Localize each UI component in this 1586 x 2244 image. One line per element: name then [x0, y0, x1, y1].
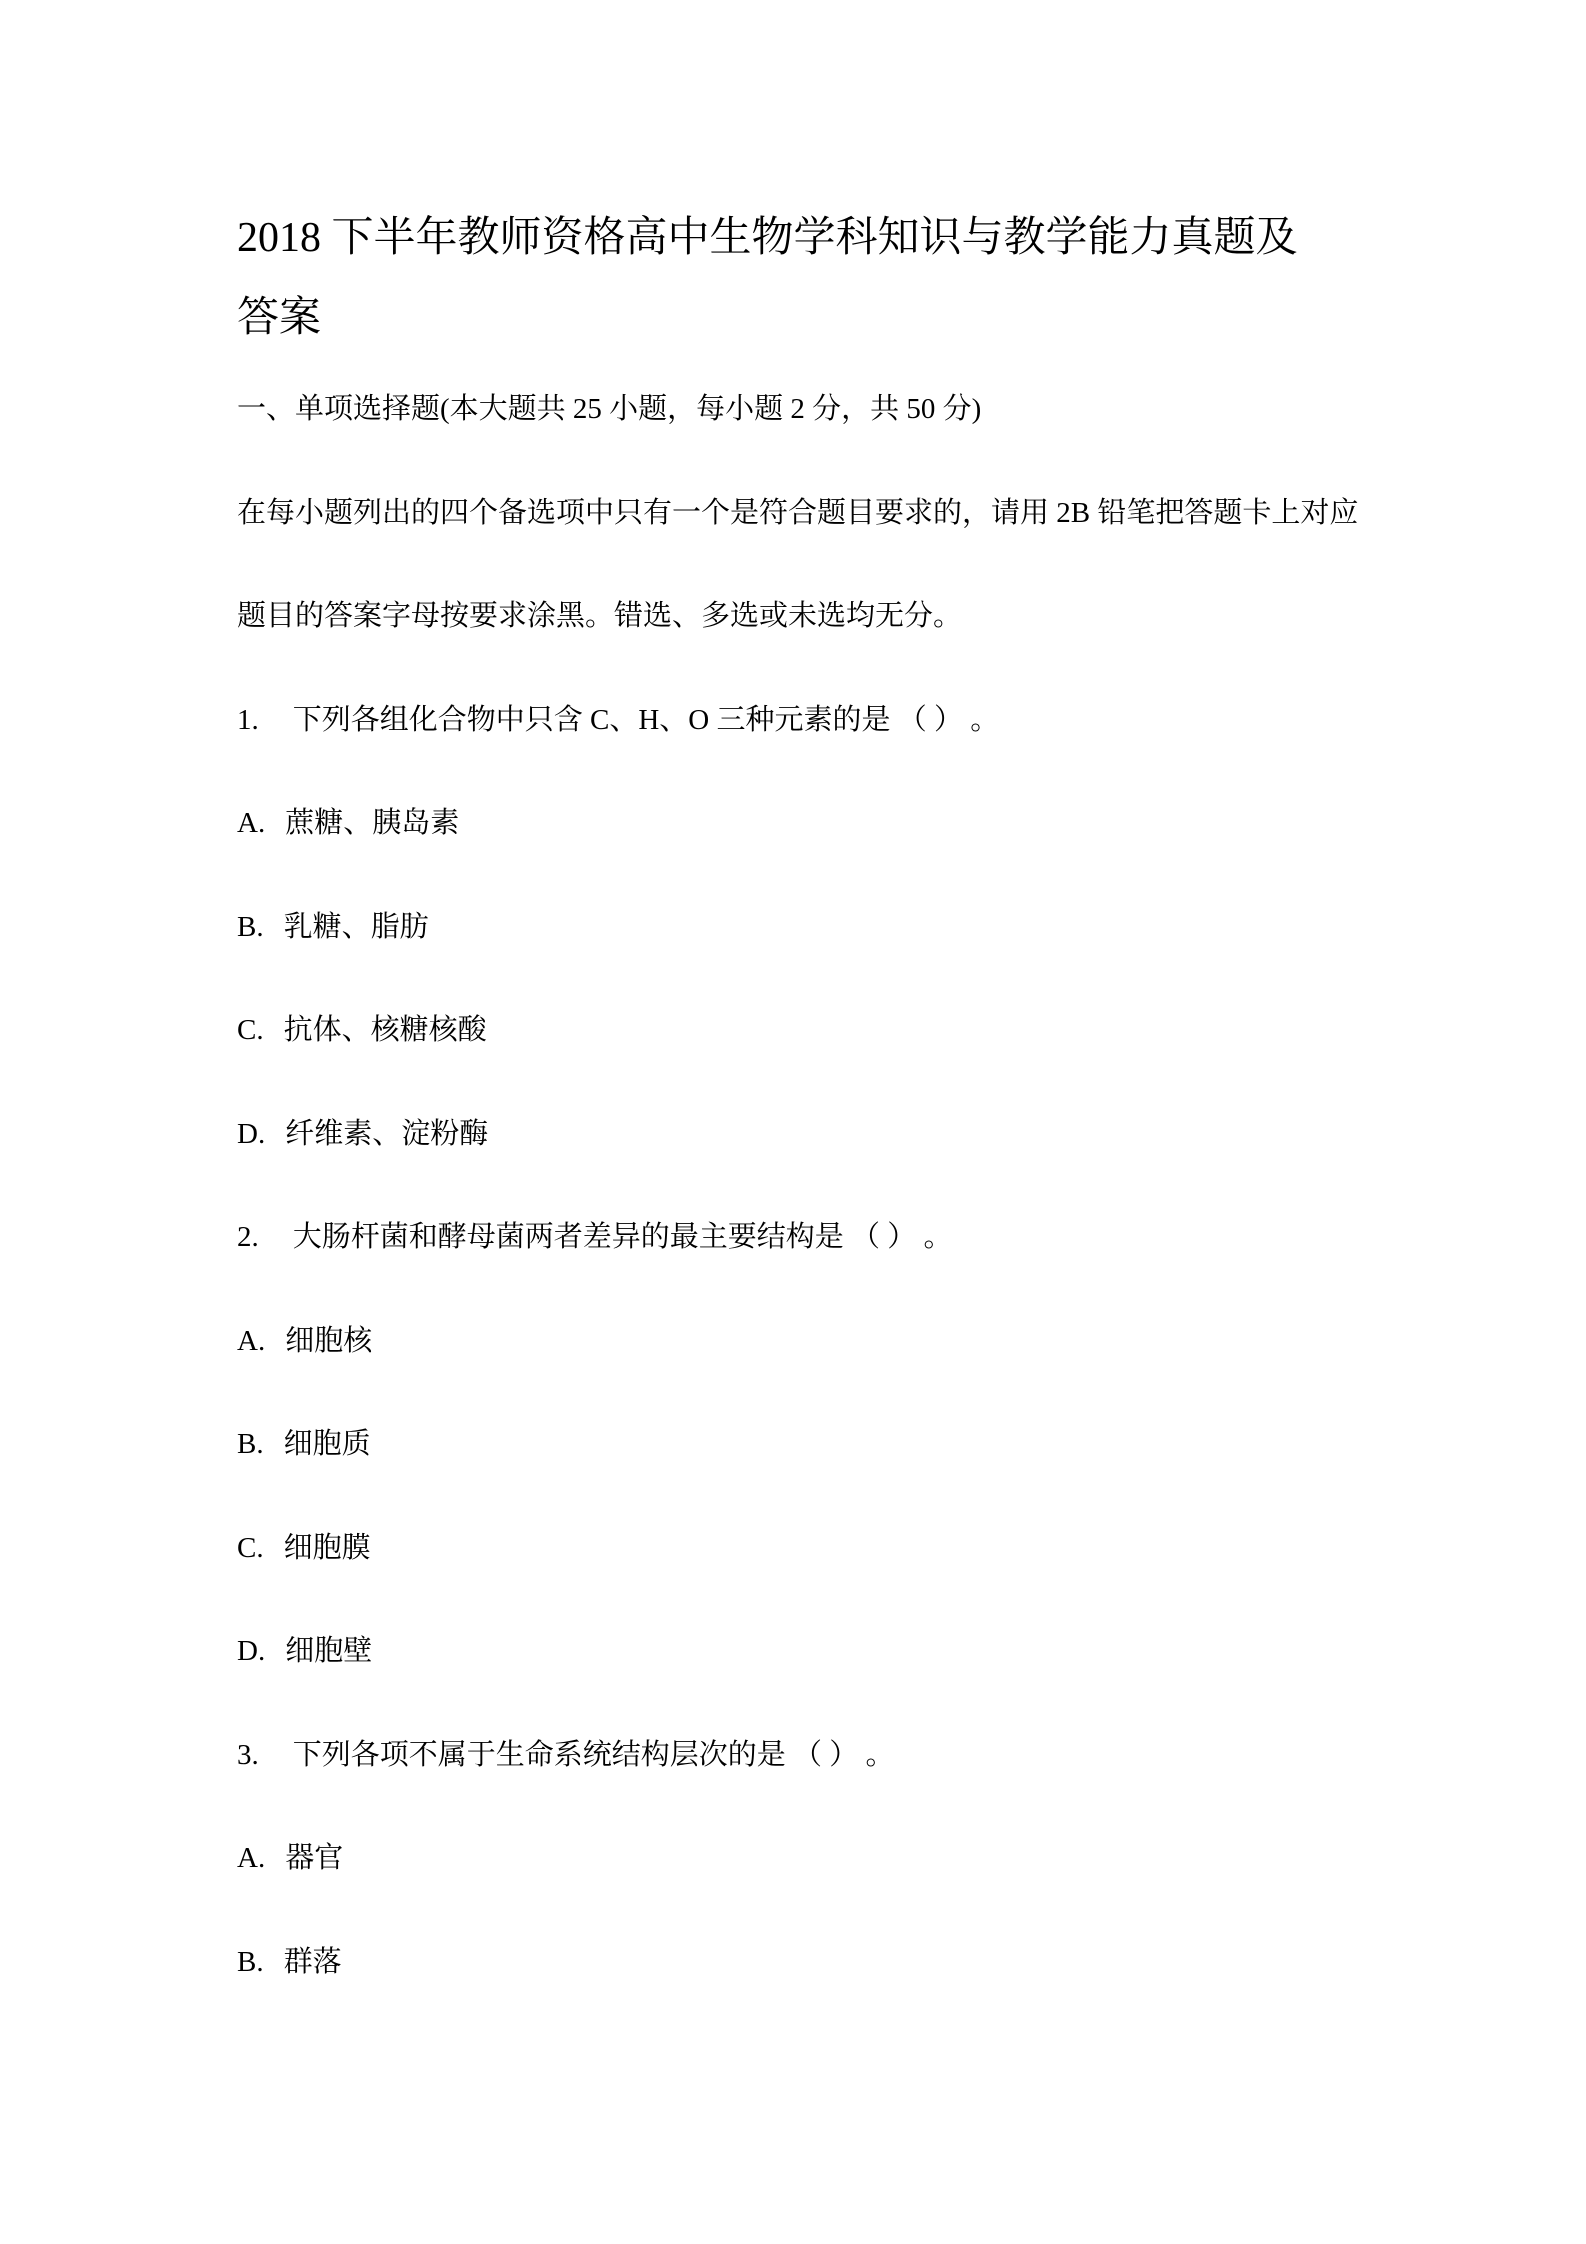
question-1-option-b: B.乳糖、脂肪 — [237, 876, 1417, 980]
option-text: 蔗糖、胰岛素 — [285, 807, 459, 839]
instructions-line-2: 题目的答案字母按要求涂黑。错选、多选或未选均无分。 — [237, 565, 1417, 669]
question-2-option-d: D.细胞壁 — [237, 1600, 1417, 1704]
option-letter: A. — [237, 1290, 265, 1394]
question-2-text: 大肠杆菌和酵母菌两者差异的最主要结构是 （ ） 。 — [293, 1221, 953, 1253]
title-line-2: 答案 — [237, 278, 1417, 358]
question-2-stem: 2.大肠杆菌和酵母菌两者差异的最主要结构是 （ ） 。 — [237, 1186, 1417, 1290]
question-3-option-a: A.器官 — [237, 1807, 1417, 1911]
question-1-text: 下列各组化合物中只含 C、H、O 三种元素的是 （ ） 。 — [293, 704, 999, 736]
question-3-option-b: B.群落 — [237, 1911, 1417, 2015]
question-3-text: 下列各项不属于生命系统结构层次的是 （ ） 。 — [293, 1739, 895, 1771]
option-text: 纤维素、淀粉酶 — [285, 1118, 488, 1150]
document-title: 2018 下半年教师资格高中生物学科知识与教学能力真题及 答案 — [237, 198, 1417, 358]
document-page: 2018 下半年教师资格高中生物学科知识与教学能力真题及 答案 一、单项选择题(… — [0, 0, 1586, 2244]
option-text: 器官 — [285, 1842, 343, 1874]
option-text: 细胞质 — [284, 1428, 371, 1460]
option-text: 群落 — [284, 1946, 342, 1978]
question-1-stem: 1.下列各组化合物中只含 C、H、O 三种元素的是 （ ） 。 — [237, 669, 1417, 773]
instructions-line-1: 在每小题列出的四个备选项中只有一个是符合题目要求的，请用 2B 铅笔把答题卡上对… — [237, 462, 1417, 566]
option-letter: B. — [237, 1911, 264, 2015]
section-heading: 一、单项选择题(本大题共 25 小题，每小题 2 分，共 50 分) — [237, 358, 1417, 462]
question-2-number: 2. — [237, 1186, 259, 1290]
document-body: 2018 下半年教师资格高中生物学科知识与教学能力真题及 答案 一、单项选择题(… — [237, 0, 1417, 2014]
question-3-stem: 3.下列各项不属于生命系统结构层次的是 （ ） 。 — [237, 1704, 1417, 1808]
title-line-1: 2018 下半年教师资格高中生物学科知识与教学能力真题及 — [237, 198, 1417, 278]
option-text: 细胞核 — [285, 1325, 372, 1357]
question-1-option-a: A.蔗糖、胰岛素 — [237, 772, 1417, 876]
option-text: 抗体、核糖核酸 — [284, 1014, 487, 1046]
option-text: 细胞膜 — [284, 1532, 371, 1564]
question-1-number: 1. — [237, 669, 259, 773]
option-letter: D. — [237, 1600, 265, 1704]
question-2-option-a: A.细胞核 — [237, 1290, 1417, 1394]
option-letter: C. — [237, 979, 264, 1083]
option-letter: B. — [237, 876, 264, 980]
option-letter: B. — [237, 1393, 264, 1497]
option-letter: A. — [237, 1807, 265, 1911]
option-letter: A. — [237, 772, 265, 876]
option-letter: D. — [237, 1083, 265, 1187]
question-3-number: 3. — [237, 1704, 259, 1808]
question-2-option-b: B.细胞质 — [237, 1393, 1417, 1497]
option-text: 细胞壁 — [285, 1635, 372, 1667]
option-text: 乳糖、脂肪 — [284, 911, 429, 943]
question-1-option-c: C.抗体、核糖核酸 — [237, 979, 1417, 1083]
option-letter: C. — [237, 1497, 264, 1601]
question-1-option-d: D.纤维素、淀粉酶 — [237, 1083, 1417, 1187]
question-2-option-c: C.细胞膜 — [237, 1497, 1417, 1601]
